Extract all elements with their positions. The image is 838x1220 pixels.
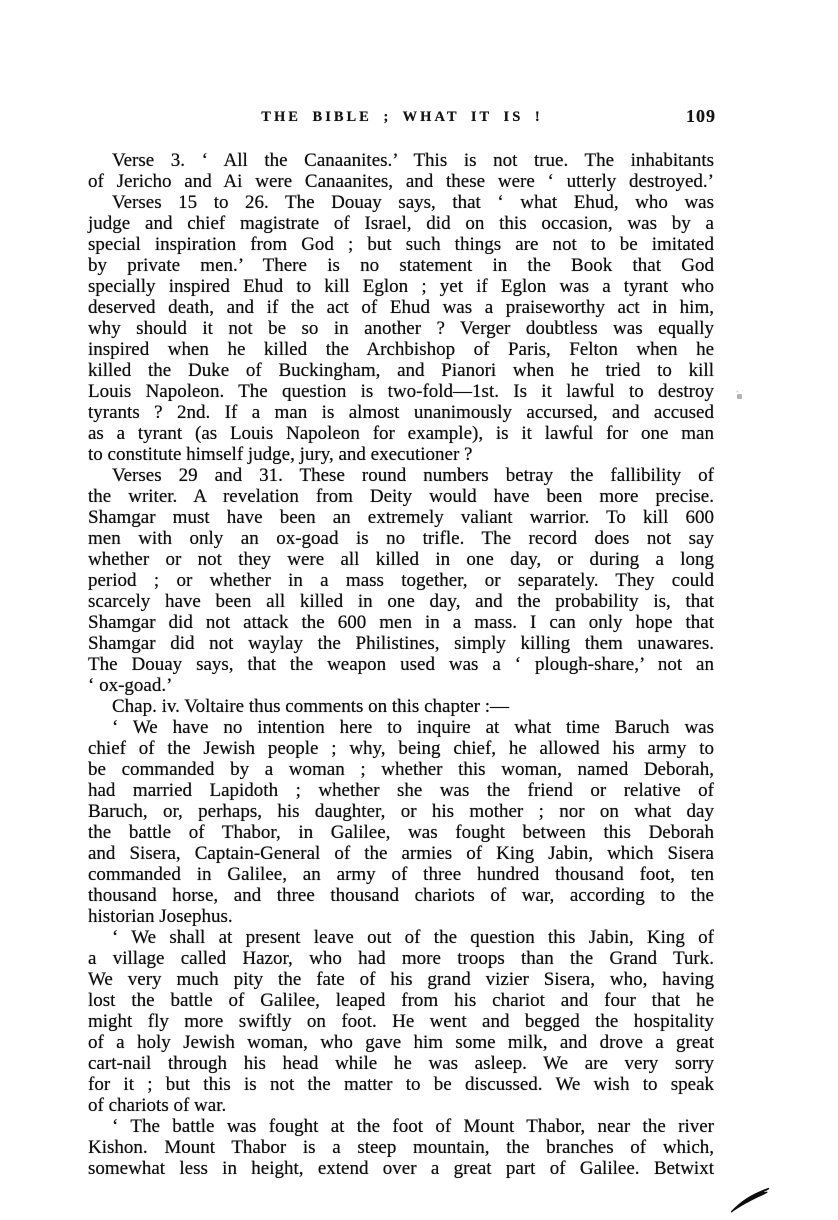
text-line: inspired when he killed the Archbishop o… [88, 339, 714, 360]
book-page: THE BIBLE ; WHAT IT IS ! 109 Verse 3. ‘ … [0, 0, 838, 1220]
text-line: historian Josephus. [88, 906, 714, 927]
text-line: special inspiration from God ; but such … [88, 234, 714, 255]
text-line: of a holy Jewish woman, who gave him som… [88, 1032, 714, 1053]
text-line: of Jericho and Ai were Canaanites, and t… [88, 171, 714, 192]
text-line: deserved death, and if the act of Ehud w… [88, 297, 714, 318]
text-line: a village called Hazor, who had more tro… [88, 948, 714, 969]
text-line: for it ; but this is not the matter to b… [88, 1074, 714, 1095]
text-line: specially inspired Ehud to kill Eglon ; … [88, 276, 714, 297]
text-line: judge and chief magistrate of Israel, di… [88, 213, 714, 234]
text-line: thousand horse, and three thousand chari… [88, 885, 714, 906]
text-line: Verses 29 and 31. These round numbers be… [88, 465, 714, 486]
text-line: to constitute himself judge, jury, and e… [88, 444, 714, 465]
text-line: We very much pity the fate of his grand … [88, 969, 714, 990]
text-line: period ; or whether in a mass together, … [88, 570, 714, 591]
text-line: Baruch, or, perhaps, his daughter, or hi… [88, 801, 714, 822]
text-line: had married Lapidoth ; whether she was t… [88, 780, 714, 801]
text-line: Shamgar did not waylay the Philistines, … [88, 633, 714, 654]
text-line: ‘ The battle was fought at the foot of M… [88, 1116, 714, 1137]
text-line: and Sisera, Captain-General of the armie… [88, 843, 714, 864]
text-line: tyrants ? 2nd. If a man is almost unanim… [88, 402, 714, 423]
page-header: THE BIBLE ; WHAT IT IS ! 109 [88, 108, 716, 130]
page-number: 109 [686, 106, 716, 127]
text-line: ‘ ox-goad.’ [88, 675, 714, 696]
text-line: ‘ We shall at present leave out of the q… [88, 927, 714, 948]
text-line: somewhat less in height, extend over a g… [88, 1158, 714, 1179]
running-title: THE BIBLE ; WHAT IT IS ! [261, 109, 542, 125]
text-line: scarcely have been all killed in one day… [88, 591, 714, 612]
text-line: Shamgar did not attack the 600 men in a … [88, 612, 714, 633]
text-line: chief of the Jewish people ; why, being … [88, 738, 714, 759]
text-line: Chap. iv. Voltaire thus comments on this… [88, 696, 714, 717]
text-line: commanded in Galilee, an army of three h… [88, 864, 714, 885]
text-line: as a tyrant (as Louis Napoleon for examp… [88, 423, 714, 444]
text-line: by private men.’ There is no statement i… [88, 255, 714, 276]
text-line: ‘ We have no intention here to inquire a… [88, 717, 714, 738]
text-line: Verse 3. ‘ All the Canaanites.’ This is … [88, 150, 714, 171]
text-line: of chariots of war. [88, 1095, 714, 1116]
text-line: lost the battle of Galilee, leaped from … [88, 990, 714, 1011]
text-line: Verses 15 to 26. The Douay says, that ‘ … [88, 192, 714, 213]
text-line: the battle of Thabor, in Galilee, was fo… [88, 822, 714, 843]
text-line: killed the Duke of Buckingham, and Piano… [88, 360, 714, 381]
text-line: whether or not they were all killed in o… [88, 549, 714, 570]
ink-blot-artifact [730, 1185, 772, 1213]
text-line: The Douay says, that the weapon used was… [88, 654, 714, 675]
text-line: might fly more swiftly on foot. He went … [88, 1011, 714, 1032]
text-line: Louis Napoleon. The question is two-fold… [88, 381, 714, 402]
text-line: be commanded by a woman ; whether this w… [88, 759, 714, 780]
text-line: cart-nail through his head while he was … [88, 1053, 714, 1074]
text-line: Kishon. Mount Thabor is a steep mountain… [88, 1137, 714, 1158]
scan-speck-artifact [737, 394, 742, 399]
text-line: Shamgar must have been an extremely vali… [88, 507, 714, 528]
text-line: why should it not be so in another ? Ver… [88, 318, 714, 339]
text-block: Verse 3. ‘ All the Canaanites.’ This is … [88, 150, 714, 1179]
text-line: men with only an ox-goad is no trifle. T… [88, 528, 714, 549]
text-line: the writer. A revelation from Deity woul… [88, 486, 714, 507]
